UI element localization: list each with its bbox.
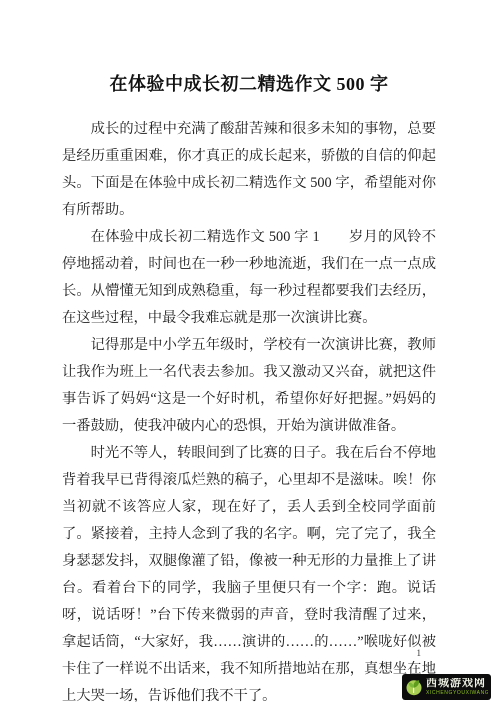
paragraph-essay-contest: 时光不等人，转眼间到了比赛的日子。我在后台不停地背着我早已背得滚瓜烂熟的稿子，心… <box>62 440 436 702</box>
watermark-tagline: XICHENGYOUXIWANG <box>426 691 488 696</box>
page-title: 在体验中成长初二精选作文 500 字 <box>62 70 436 96</box>
page-number: 1 <box>417 648 422 658</box>
paragraph-intro: 成长的过程中充满了酸甜苦辣和很多未知的事物，总要是经历重重困难，你才真正的成长起… <box>62 116 436 224</box>
document-body: 在体验中成长初二精选作文 500 字 成长的过程中充满了酸甜苦辣和很多未知的事物… <box>62 60 436 702</box>
document-page: 在体验中成长初二精选作文 500 字 成长的过程中充满了酸甜苦辣和很多未知的事物… <box>0 0 496 702</box>
site-watermark-badge: 西城游戏网 XICHENGYOUXIWANG <box>402 674 491 700</box>
paragraph-essay-recall: 记得那是中小学五年级时，学校有一次演讲比赛，教师让我作为班上一名代表去参加。我又… <box>62 332 436 440</box>
paragraph-essay-opening: 在体验中成长初二精选作文 500 字 1 岁月的风铃不停地摇动着，时间也在一秒一… <box>62 224 436 332</box>
watermark-text-column: 西城游戏网 XICHENGYOUXIWANG <box>426 678 488 696</box>
watermark-site-name: 西城游戏网 <box>426 678 488 689</box>
leaf-icon <box>405 678 423 696</box>
